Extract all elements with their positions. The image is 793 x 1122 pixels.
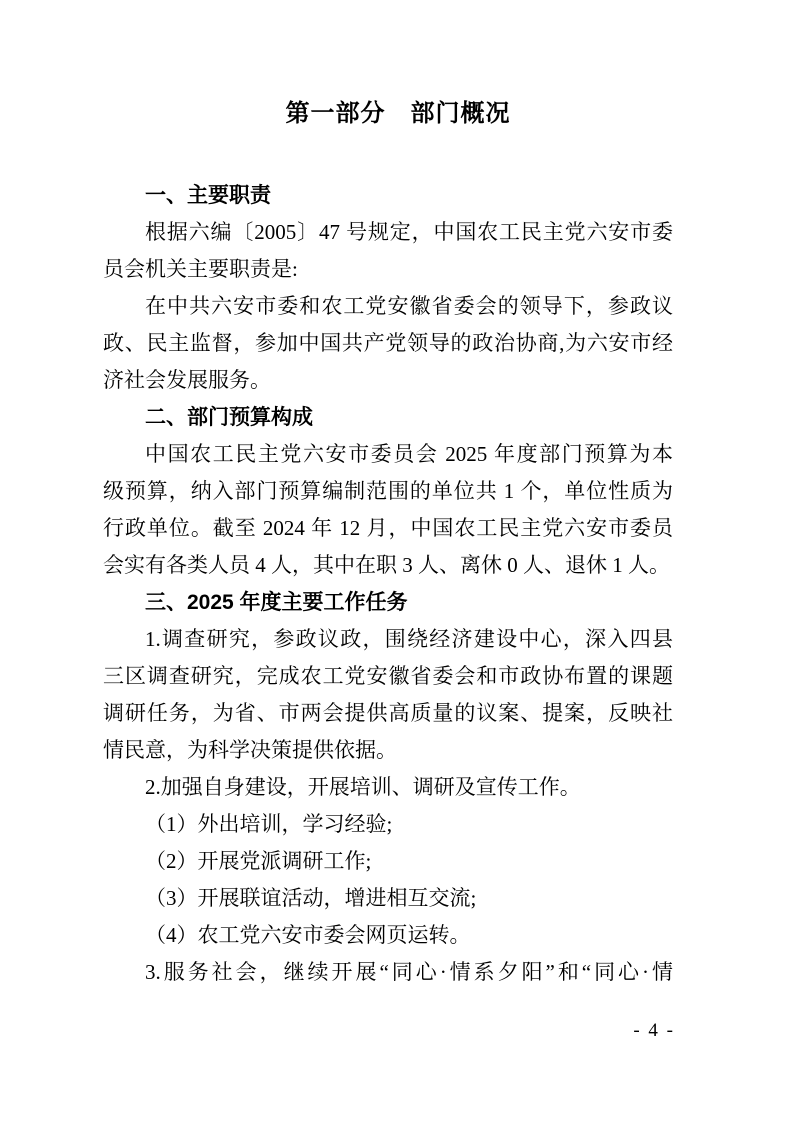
document-blocks: 一、主要职责根据六编〔2005〕47 号规定，中国农工民主党六安市委员会机关主要… <box>103 177 673 991</box>
text-line: 级预算，纳入部门预算编制范围的单位共 1 个，单位性质为 <box>103 473 673 510</box>
text-line: 济社会发展服务。 <box>103 362 673 399</box>
text-line: 1.调查研究，参政议政，围绕经济建设中心，深入四县 <box>103 621 673 658</box>
text-line: 政、民主监督，参加中国共产党领导的政治协商,为六安市经 <box>103 325 673 362</box>
section-heading: 三、2025 年度主要工作任务 <box>103 584 673 621</box>
text-line: 2.加强自身建设，开展培训、调研及宣传工作。 <box>103 769 673 806</box>
paragraph: 根据六编〔2005〕47 号规定，中国农工民主党六安市委员会机关主要职责是: <box>103 214 673 288</box>
paragraph: 中国农工民主党六安市委员会 2025 年度部门预算为本级预算，纳入部门预算编制范… <box>103 436 673 584</box>
text-line: （2）开展党派调研工作; <box>103 843 673 880</box>
section-title: 第一部分 部门概况 <box>113 99 683 129</box>
text-line: 3.服务社会，继续开展“同心·情系夕阳”和“同心·情 <box>103 954 673 991</box>
paragraph: （1）外出培训，学习经验; <box>103 806 673 843</box>
text-line: （3）开展联谊活动，增进相互交流; <box>103 880 673 917</box>
section-heading: 一、主要职责 <box>103 177 673 214</box>
paragraph: （4）农工党六安市委会网页运转。 <box>103 917 673 954</box>
page-number: - 4 - <box>633 1020 675 1042</box>
document-page: 第一部分 部门概况 一、主要职责根据六编〔2005〕47 号规定，中国农工民主党… <box>0 0 793 1122</box>
text-line: （4）农工党六安市委会网页运转。 <box>103 917 673 954</box>
section-heading: 二、部门预算构成 <box>103 399 673 436</box>
paragraph: 在中共六安市委和农工党安徽省委会的领导下，参政议政、民主监督，参加中国共产党领导… <box>103 288 673 399</box>
paragraph: （3）开展联谊活动，增进相互交流; <box>103 880 673 917</box>
paragraph: 2.加强自身建设，开展培训、调研及宣传工作。 <box>103 769 673 806</box>
text-line: 员会机关主要职责是: <box>103 251 673 288</box>
paragraph: 1.调查研究，参政议政，围绕经济建设中心，深入四县三区调查研究，完成农工党安徽省… <box>103 621 673 769</box>
text-line: 情民意，为科学决策提供依据。 <box>103 732 673 769</box>
text-line: （1）外出培训，学习经验; <box>103 806 673 843</box>
paragraph: 3.服务社会，继续开展“同心·情系夕阳”和“同心·情 <box>103 954 673 991</box>
document-body: 第一部分 部门概况 一、主要职责根据六编〔2005〕47 号规定，中国农工民主党… <box>0 0 793 991</box>
text-line: 三区调查研究，完成农工党安徽省委会和市政协布置的课题 <box>103 658 673 695</box>
paragraph: （2）开展党派调研工作; <box>103 843 673 880</box>
text-line: 根据六编〔2005〕47 号规定，中国农工民主党六安市委 <box>103 214 673 251</box>
text-line: 行政单位。截至 2024 年 12 月，中国农工民主党六安市委员 <box>103 510 673 547</box>
text-line: 在中共六安市委和农工党安徽省委会的领导下，参政议 <box>103 288 673 325</box>
text-line: 会实有各类人员 4 人，其中在职 3 人、离休 0 人、退休 1 人。 <box>103 547 673 584</box>
text-line: 中国农工民主党六安市委员会 2025 年度部门预算为本 <box>103 436 673 473</box>
text-line: 调研任务，为省、市两会提供高质量的议案、提案，反映社 <box>103 695 673 732</box>
